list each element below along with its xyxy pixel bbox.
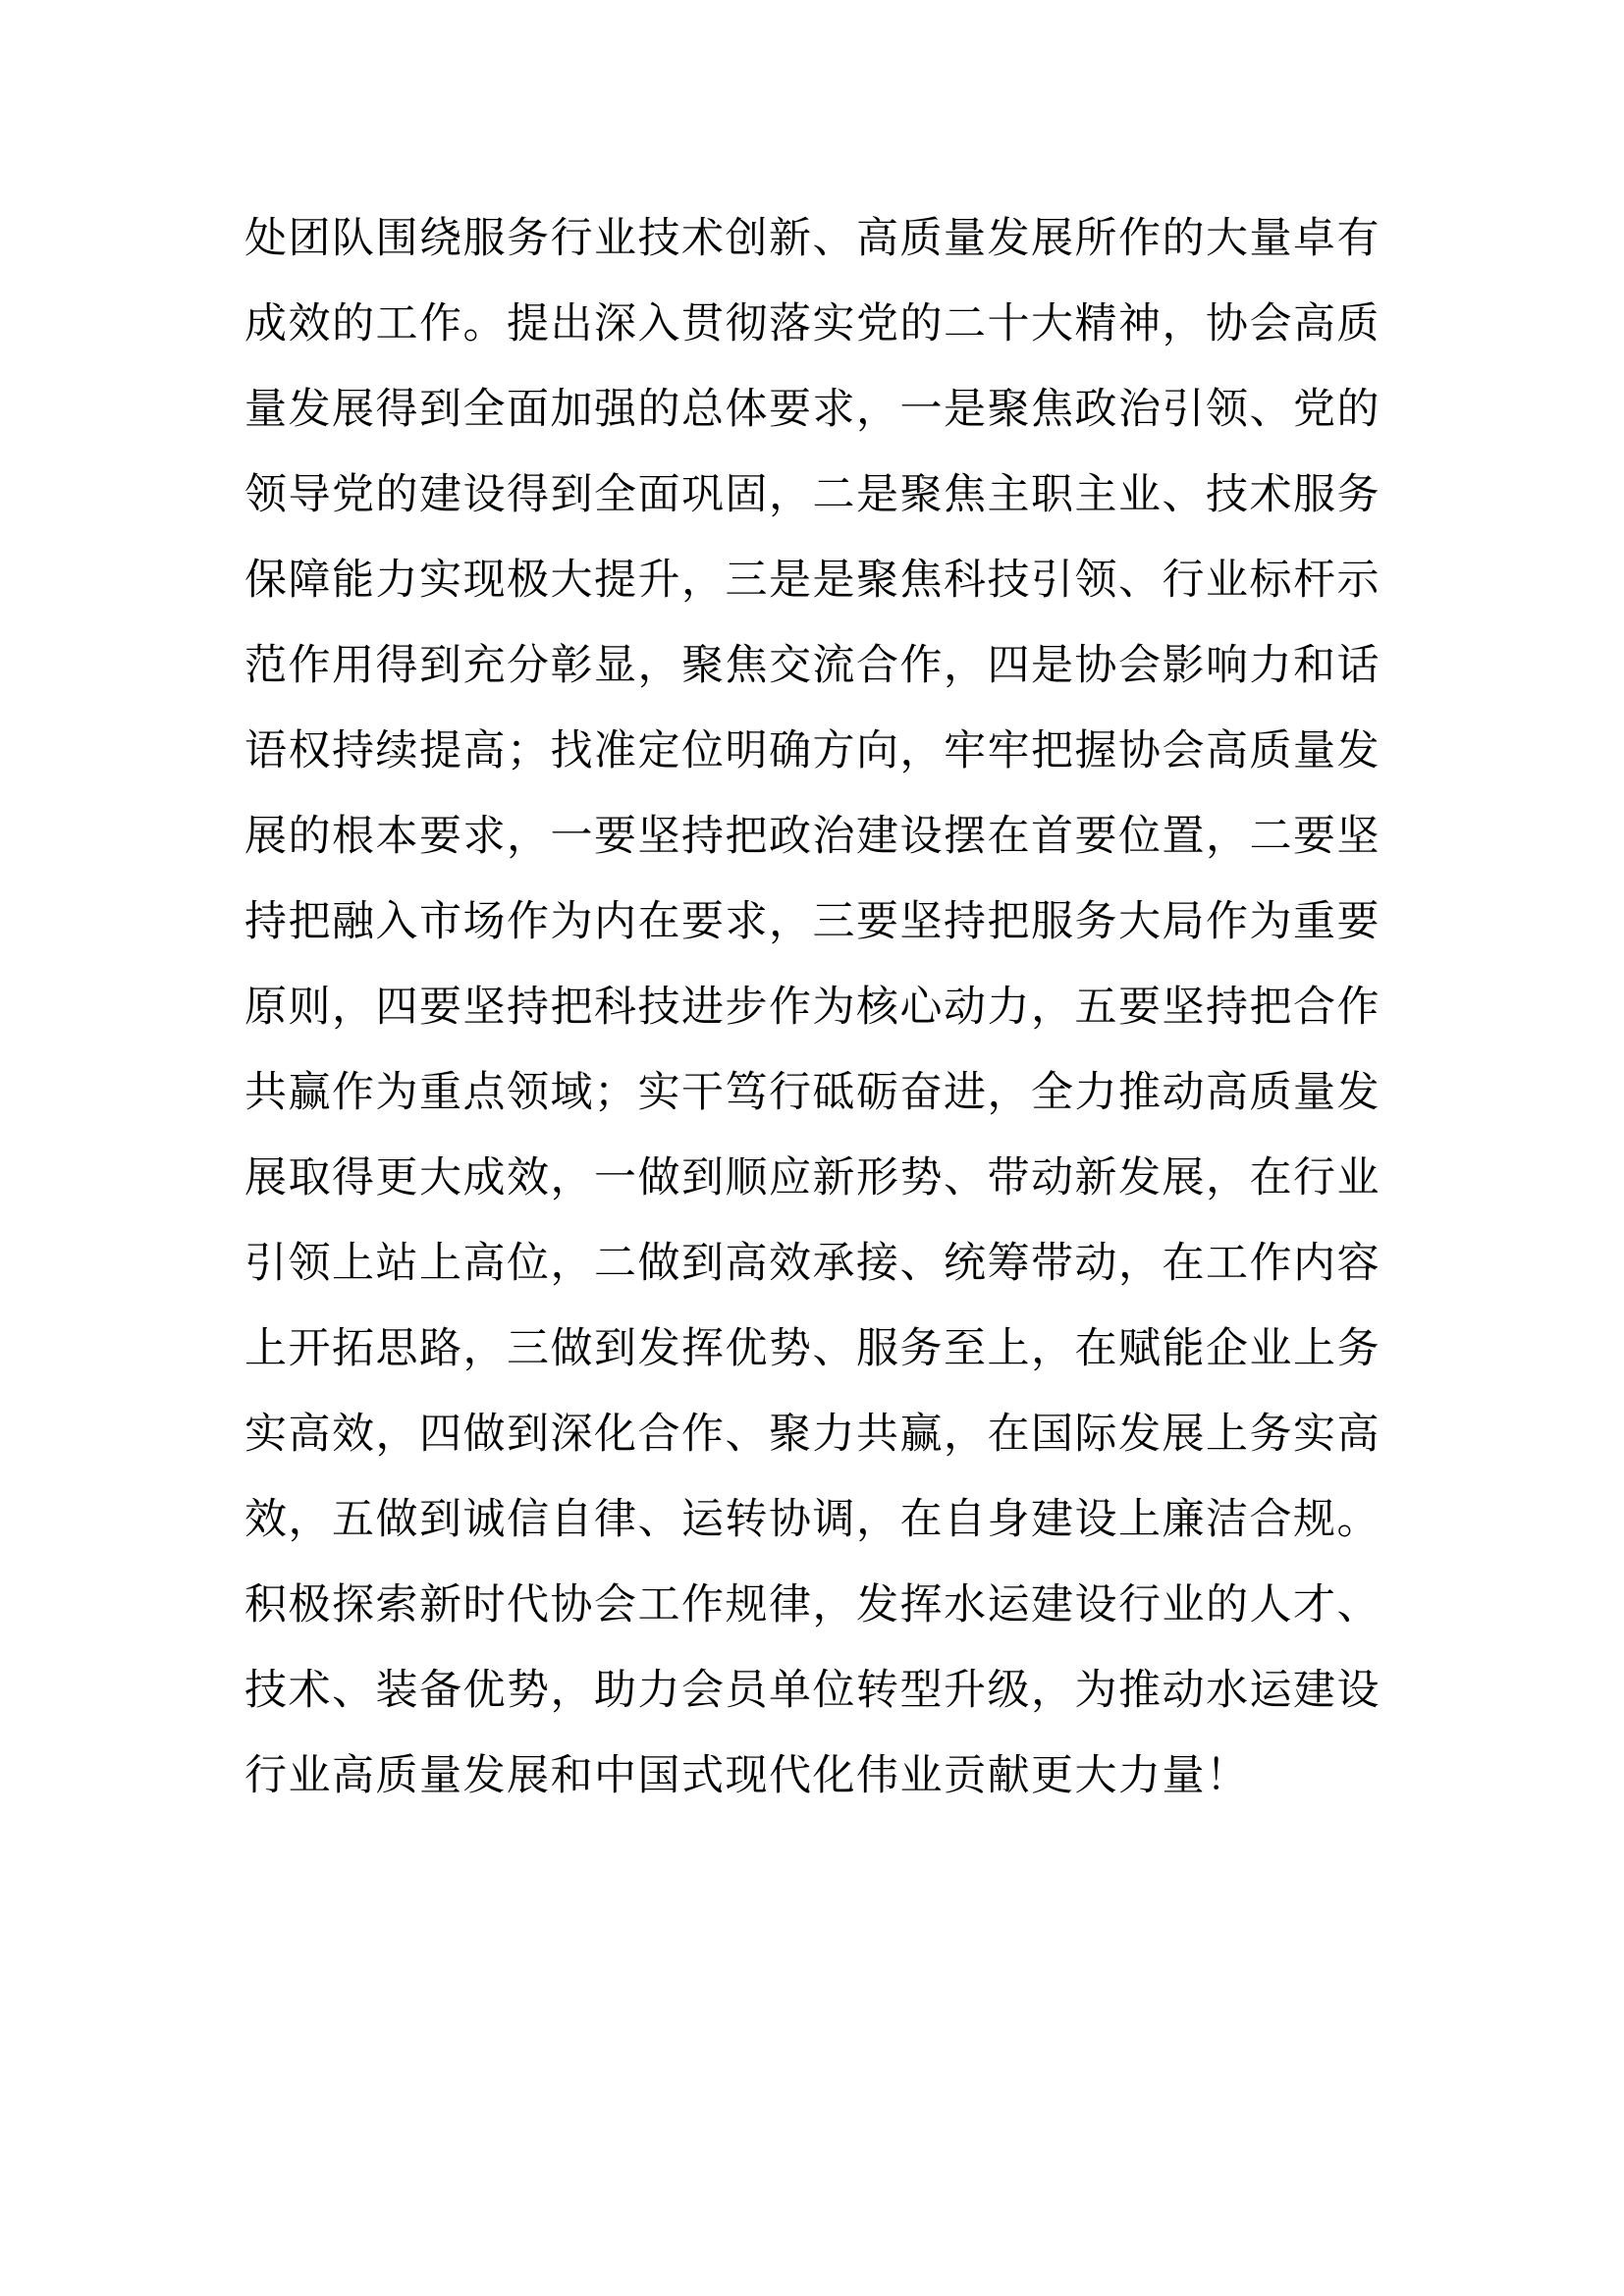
text-line-12: 展取得更大成效，一做到顺应新形势、带动新发展，在行业: [244, 1136, 1393, 1221]
document-page: 处团队围绕服务行业技术创新、高质量发展所作的大量卓有 成效的工作。提出深入贯彻落…: [0, 0, 1624, 2296]
text-line-18: 技术、装备优势，助力会员单位转型升级，为推动水运建设: [244, 1648, 1393, 1734]
text-line-10: 原则，四要坚持把科技进步作为核心动力，五要坚持把合作: [244, 965, 1393, 1050]
text-line-15: 实高效，四做到深化合作、聚力共赢，在国际发展上务实高: [244, 1392, 1393, 1477]
text-line-19: 行业高质量发展和中国式现代化伟业贡献更大力量！: [244, 1734, 1393, 1819]
text-line-13: 引领上站上高位，二做到高效承接、统筹带动，在工作内容: [244, 1221, 1393, 1307]
text-line-4: 领导党的建设得到全面巩固，二是聚焦主职主业、技术服务: [244, 453, 1393, 538]
text-line-14: 上开拓思路，三做到发挥优势、服务至上，在赋能企业上务: [244, 1307, 1393, 1392]
body-text: 处团队围绕服务行业技术创新、高质量发展所作的大量卓有 成效的工作。提出深入贯彻落…: [244, 196, 1393, 1819]
text-line-17: 积极探索新时代协会工作规律，发挥水运建设行业的人才、: [244, 1563, 1393, 1648]
text-line-2: 成效的工作。提出深入贯彻落实党的二十大精神，协会高质: [244, 282, 1393, 367]
text-line-6: 范作用得到充分彰显，聚焦交流合作，四是协会影响力和话: [244, 623, 1393, 709]
text-line-5: 保障能力实现极大提升，三是是聚焦科技引领、行业标杆示: [244, 538, 1393, 623]
text-line-16: 效，五做到诚信自律、运转协调，在自身建设上廉洁合规。: [244, 1477, 1393, 1563]
text-line-11: 共赢作为重点领域；实干笃行砥砺奋进，全力推动高质量发: [244, 1050, 1393, 1136]
text-line-8: 展的根本要求，一要坚持把政治建设摆在首要位置，二要坚: [244, 794, 1393, 880]
text-line-3: 量发展得到全面加强的总体要求，一是聚焦政治引领、党的: [244, 367, 1393, 453]
text-line-7: 语权持续提高；找准定位明确方向，牢牢把握协会高质量发: [244, 709, 1393, 794]
text-line-9: 持把融入市场作为内在要求，三要坚持把服务大局作为重要: [244, 880, 1393, 965]
text-line-1: 处团队围绕服务行业技术创新、高质量发展所作的大量卓有: [244, 196, 1393, 282]
